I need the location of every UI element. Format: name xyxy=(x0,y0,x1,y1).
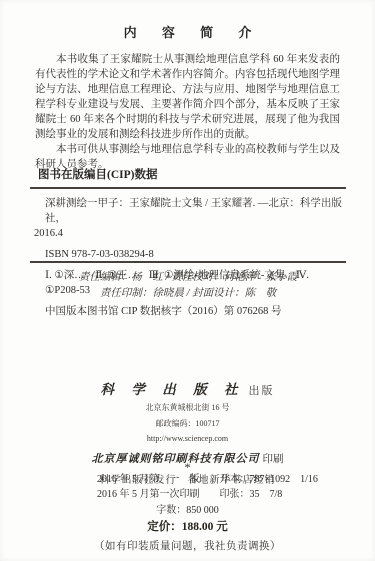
impression-line: 2016 年 5 月第一次印刷 印张：35 7/8 xyxy=(97,487,375,502)
cip-title-line: 深耕测绘一甲子：王家耀院士文集 / 王家耀著. —北京：科学出版社， xyxy=(30,196,346,226)
word-count-line: 字数：850 000 xyxy=(0,503,375,518)
content-summary-body: 本书收集了王家耀院士从事测绘地理信息学科 60 年来发表的有代表性的学术论文和学… xyxy=(35,52,340,172)
separator-asterisk: * xyxy=(0,462,375,472)
staff-print-design-line: 责任印制：徐晓晨 / 封面设计：陈 敬 xyxy=(30,286,346,302)
publisher-name-line: 科 学 出 版 社出版 xyxy=(0,378,375,399)
publisher-address: 北京东黄城根北街 16 号 xyxy=(0,402,375,415)
publisher-postcode: 邮政编码：100717 xyxy=(0,418,375,431)
edition-line: 2016 年 5 月第 一 版 开本：787×1092 1/16 xyxy=(97,472,375,487)
book-copyright-page: 内 容 简 介 本书收集了王家耀院士从事测绘地理信息学科 60 年来发表的有代表… xyxy=(0,0,375,561)
price-line: 定价：188.00 元 xyxy=(0,520,375,535)
cip-record-number: 中国版本图书馆 CIP 数据核字（2016）第 076268 号 xyxy=(30,304,346,319)
content-summary-title: 内 容 简 介 xyxy=(0,22,375,41)
staff-editors-line: 责任编辑：杨 红 / 责任校对：何艳萍 张小霞 xyxy=(30,270,346,286)
cip-heading: 图书在版编目(CIP)数据 xyxy=(30,166,346,182)
quality-note-line: （如有印装质量问题，我社负责调换） xyxy=(0,539,375,554)
cip-top-rule xyxy=(30,187,346,189)
publisher-url: http://www.sciencep.com xyxy=(0,433,375,446)
content-summary-section: 内 容 简 介 本书收集了王家耀院士从事测绘地理信息学科 60 年来发表的有代表… xyxy=(0,22,375,172)
staff-credits-section: 责任编辑：杨 红 / 责任校对：何艳萍 张小霞 责任印制：徐晓晨 / 封面设计：… xyxy=(30,261,346,302)
cip-title-line-2: 2016.4 xyxy=(30,226,346,241)
publisher-logotype: 科 学 出 版 社 xyxy=(101,382,245,397)
publisher-name-suffix: 出版 xyxy=(249,385,275,397)
summary-paragraph-1: 本书收集了王家耀院士从事测绘地理信息学科 60 年来发表的有代表性的学术论文和学… xyxy=(35,52,340,142)
print-info-section: * 2016 年 5 月第 一 版 开本：787×1092 1/16 2016 … xyxy=(0,462,375,554)
cip-isbn: ISBN 978-7-03-038294-8 xyxy=(30,247,346,262)
